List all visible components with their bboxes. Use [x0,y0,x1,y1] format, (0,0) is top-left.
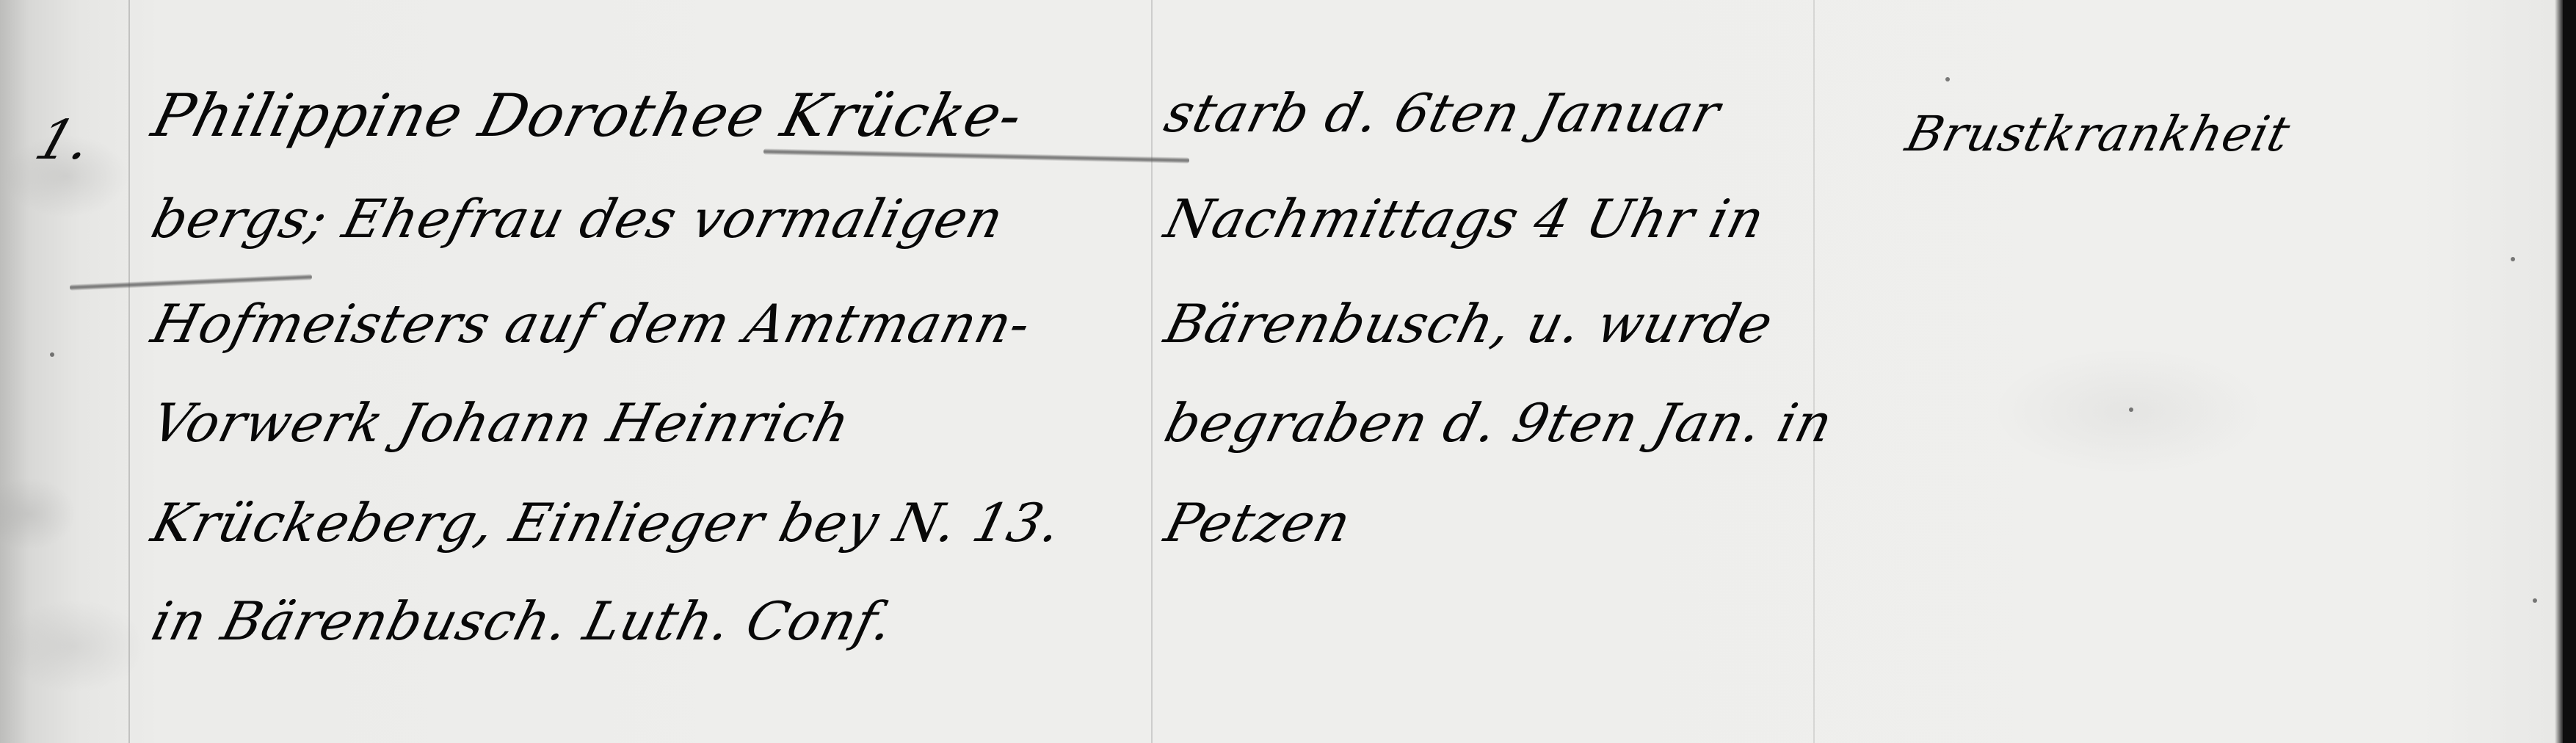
name-line: in Bärenbusch. Luth. Conf. [147,595,899,648]
death-line: starb d. 6ten Januar [1160,87,1726,139]
pencil-underline [70,274,312,291]
name-line: Vorwerk Johann Heinrich [147,396,855,449]
paper-speck [50,352,54,357]
cause-line: Brustkrankheit [1901,110,2295,159]
paper-speck [2129,407,2133,412]
paper-speck [1945,77,1950,81]
death-line: Nachmittags 4 Uhr in [1160,192,1770,245]
name-line: Hofmeisters auf dem Amtmann- [147,297,1037,350]
pencil-underline [763,148,1189,164]
column-rule-line [1151,0,1153,743]
scanned-register-page: 1. Philippine Dorothee Krücke- bergs; Eh… [0,0,2576,743]
margin-rule-line [128,0,130,743]
death-line: Bärenbusch, u. wurde [1160,297,1778,350]
column-rule-line [1813,0,1815,743]
page-edge-shadow [2563,0,2576,743]
death-line: begraben d. 9ten Jan. in [1160,396,1838,449]
name-line: Philippine Dorothee Krücke- [147,87,1028,145]
death-line: Petzen [1160,496,1357,549]
entry-number: 1. [28,109,101,172]
name-line: Krückeberg, Einlieger bey N. 13. [147,496,1067,549]
paper-speck [2511,257,2515,261]
paper-speck [2533,598,2537,603]
name-line: bergs; Ehefrau des vormaligen [147,192,1009,245]
